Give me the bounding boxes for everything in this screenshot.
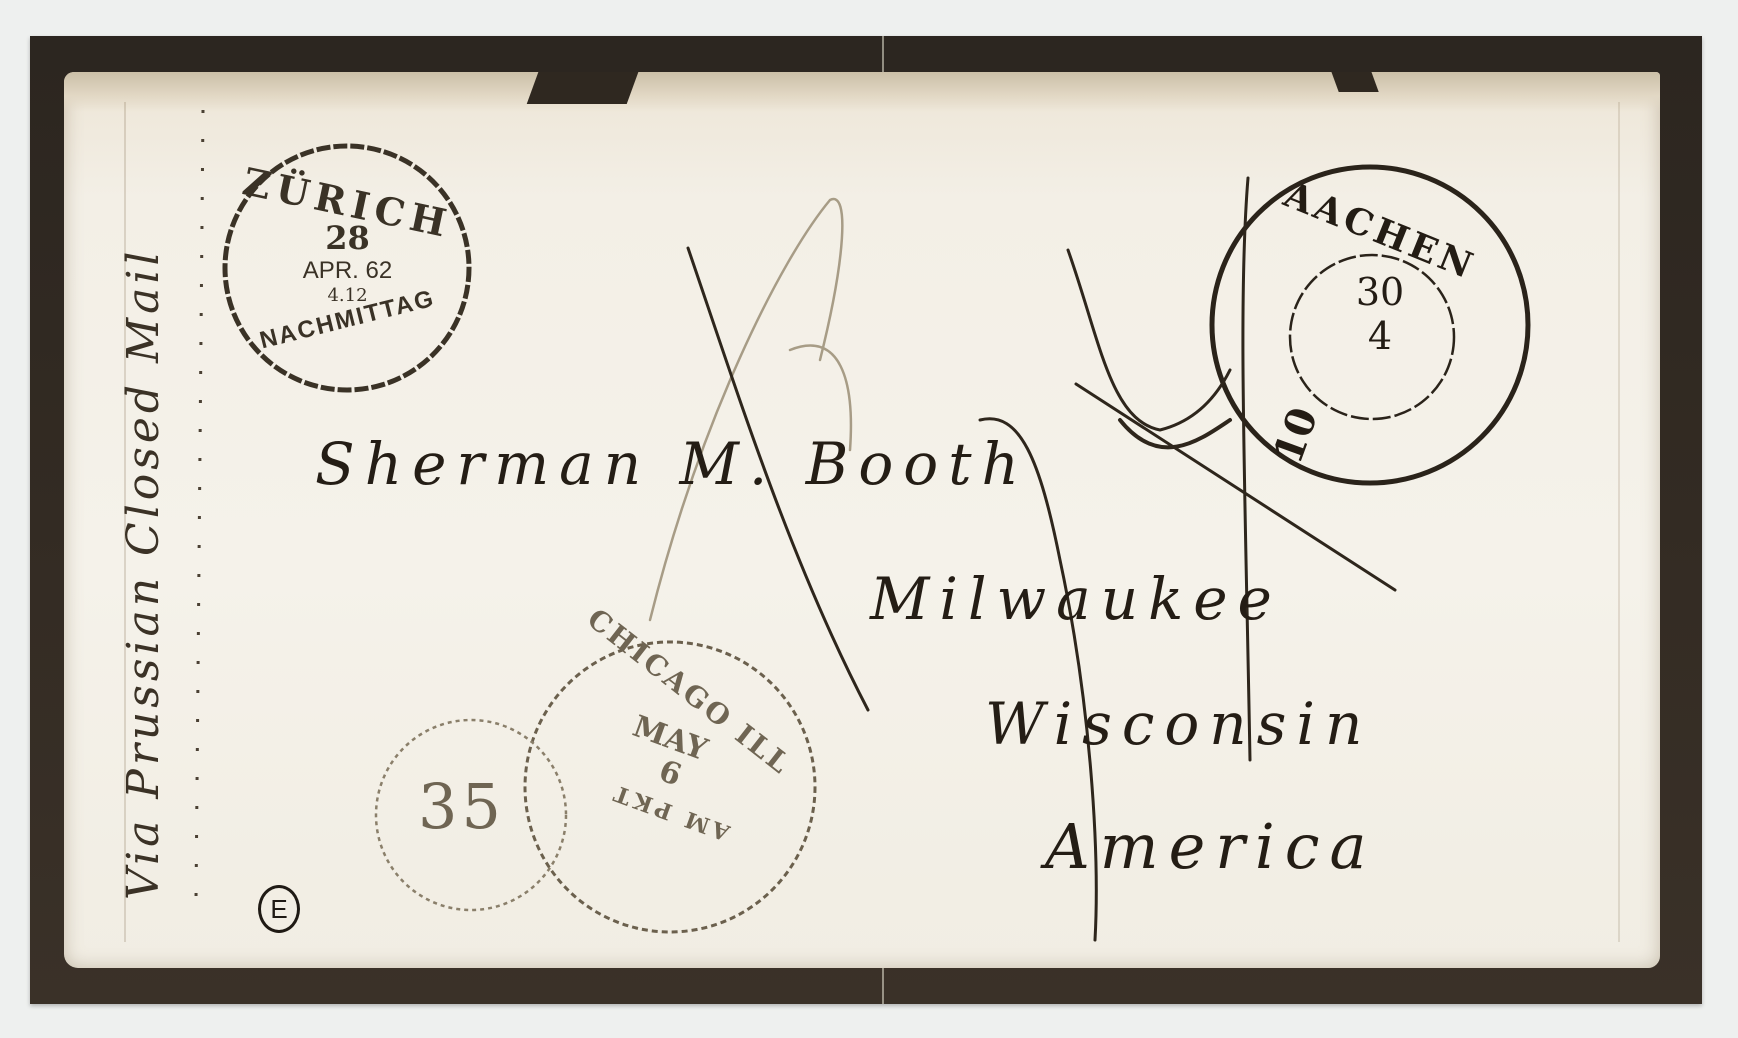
envelope-tear-right [1329,72,1378,92]
postmark-zurich: ZÜRICH 28 APR. 62 4.12 NACHMITTAG [235,180,460,334]
postmark-zurich-date: APR. 62 [235,257,460,285]
route-annotation: Via Prussian Closed Mail [118,248,169,901]
address-name: Sherman M. Booth [315,430,1029,498]
address-city: Milwaukee [870,565,1282,633]
envelope-fold-right [1618,102,1620,942]
postmark-aachen-month: 4 [1270,314,1490,358]
address-country: America [1045,810,1376,883]
envelope-tear [527,72,642,104]
due-rate-mark: 35 [418,770,505,843]
envelope-top-edge [64,72,1660,112]
postmark-chicago: CHICAGO ILL MAY 6 AM PKT [570,660,770,825]
expert-mark: E [258,885,300,933]
postmark-aachen: AACHEN 30 4 [1270,210,1490,358]
address-state: Wisconsin [985,690,1372,758]
